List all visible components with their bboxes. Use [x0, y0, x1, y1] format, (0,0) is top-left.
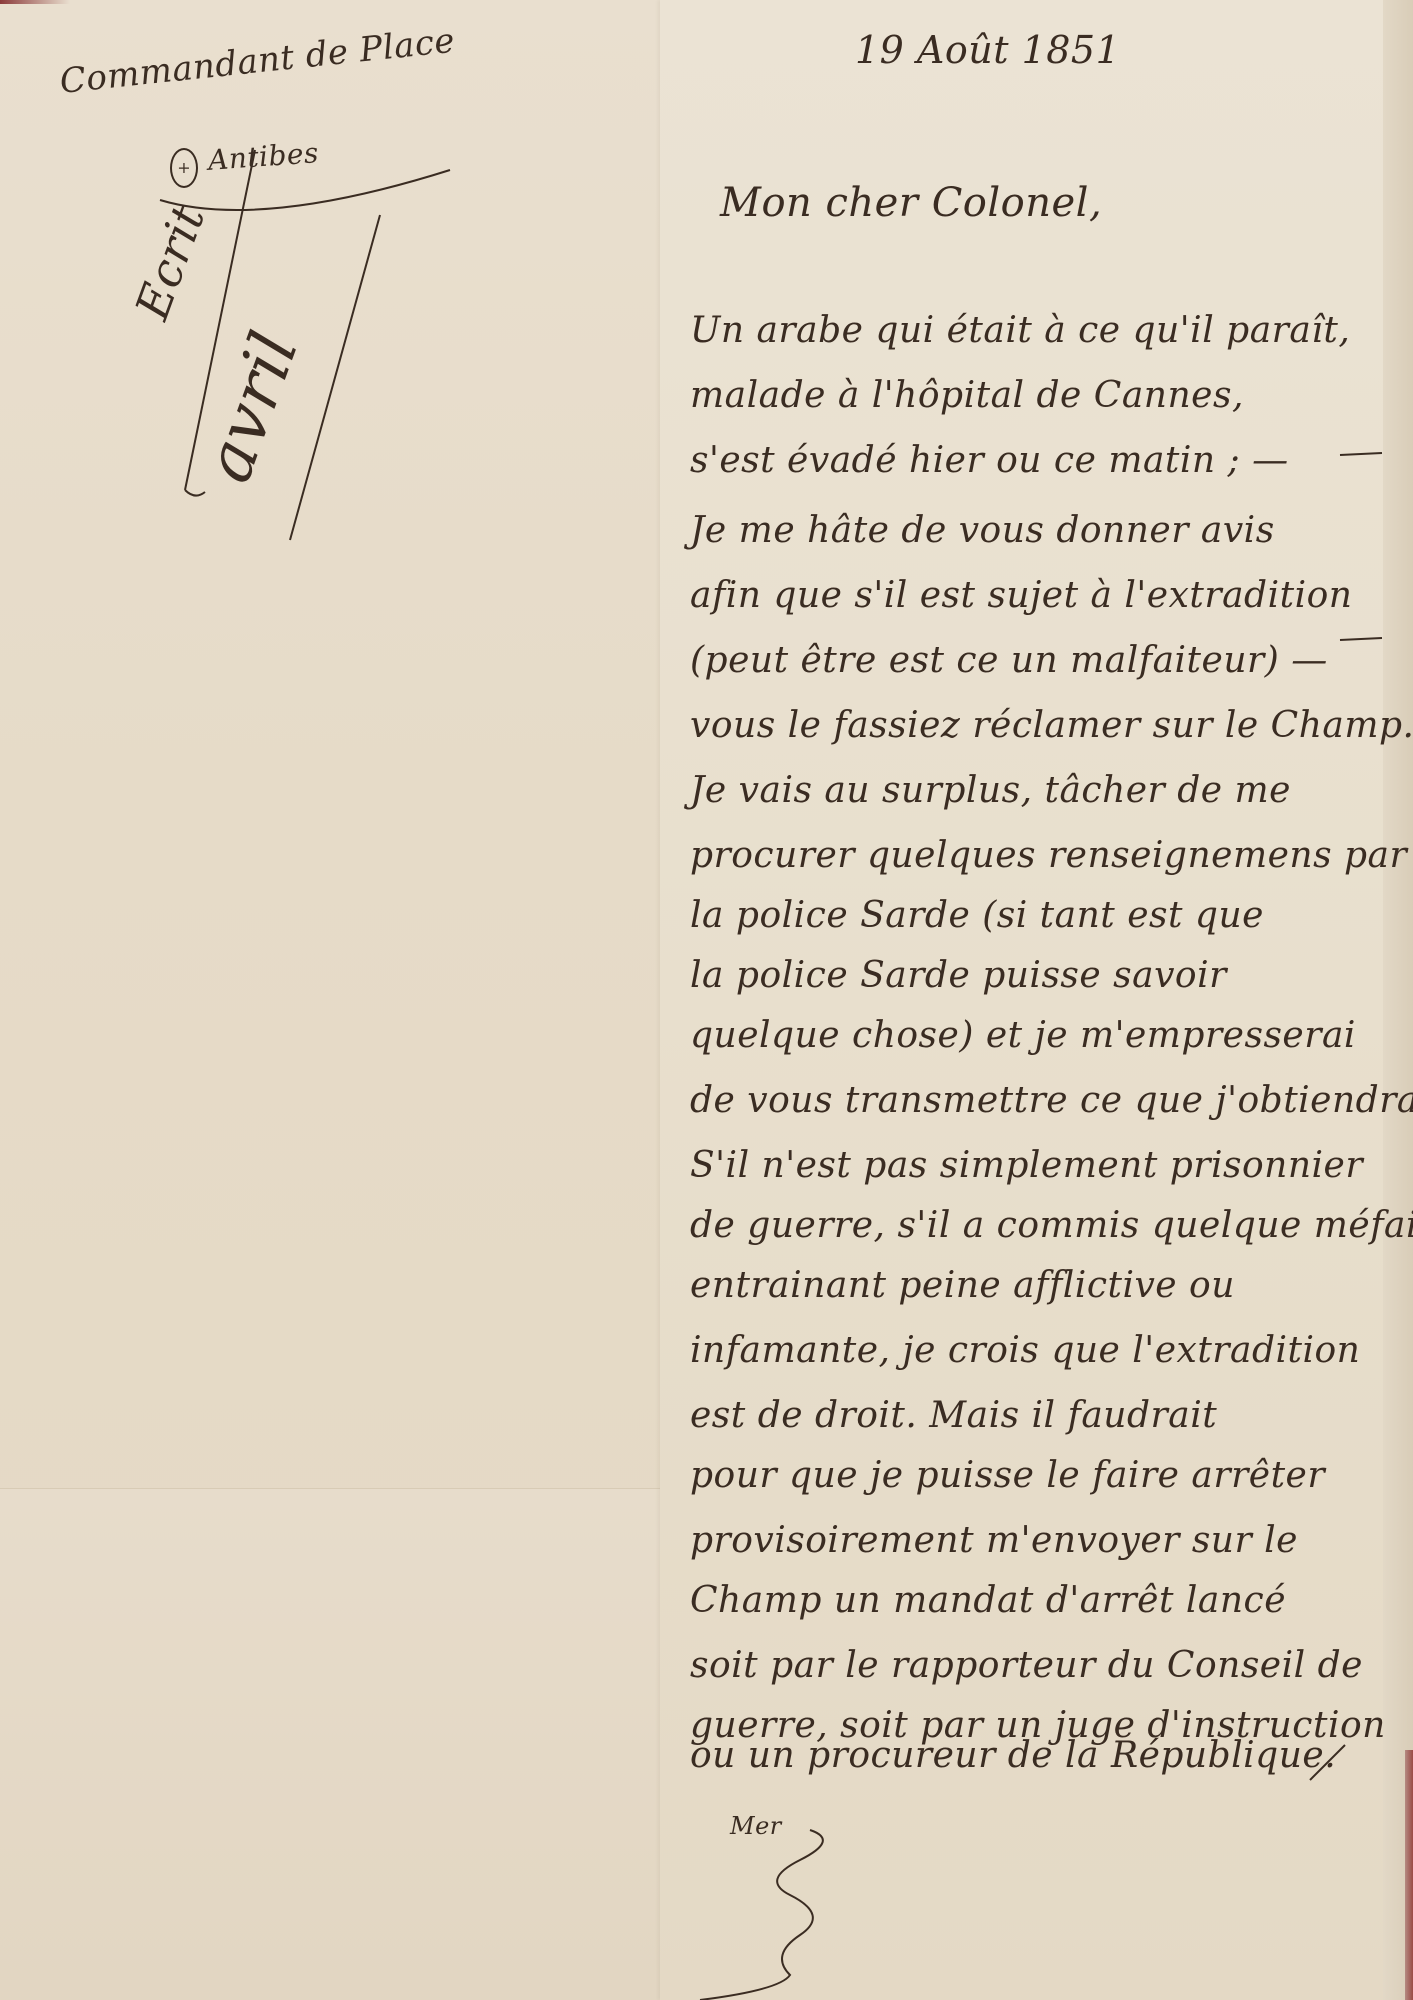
letter-line: vous le fassiez réclamer sur le Champ.: [690, 705, 1413, 746]
left-page-lower-fold: [0, 1488, 665, 2000]
circled-cross-mark-icon: +: [170, 148, 198, 188]
letter-line: de vous transmettre ce que j'obtiendrai.: [690, 1080, 1413, 1121]
letter-line: soit par le rapporteur du Conseil de: [690, 1645, 1363, 1686]
letter-line: de guerre, s'il a commis quelque méfait: [690, 1205, 1413, 1246]
red-binding-edge: [1405, 1750, 1413, 2000]
red-top-corner-mark: [0, 0, 70, 4]
letter-line: S'il n'est pas simplement prisonnier: [690, 1145, 1363, 1186]
letter-line: infamante, je crois que l'extradition: [690, 1330, 1360, 1371]
letter-line: Champ un mandat d'arrêt lancé: [690, 1580, 1286, 1621]
page-edge-strip: [1383, 0, 1413, 2000]
letter-line: provisoirement m'envoyer sur le: [690, 1520, 1298, 1561]
letter-line: entrainant peine afflictive ou: [690, 1265, 1235, 1306]
letter-salutation: Mon cher Colonel,: [720, 180, 1102, 226]
letter-line: s'est évadé hier ou ce matin ; —: [690, 440, 1289, 481]
letter-line: Un arabe qui était à ce qu'il paraît,: [690, 310, 1350, 351]
letter-line: Je me hâte de vous donner avis: [690, 510, 1275, 551]
letter-line: afin que s'il est sujet à l'extradition: [690, 575, 1352, 616]
letter-line: la police Sarde puisse savoir: [690, 955, 1227, 996]
letter-line: est de droit. Mais il faudrait: [690, 1395, 1217, 1436]
letter-line: la police Sarde (si tant est que: [690, 895, 1264, 936]
letter-line: (peut être est ce un malfaiteur) —: [690, 640, 1328, 681]
letter-line: procurer quelques renseignemens par: [690, 835, 1407, 876]
letter-line: pour que je puisse le faire arrêter: [690, 1455, 1325, 1496]
letter-line: ou un procureur de la République.: [690, 1735, 1336, 1776]
closing-signature: Mer: [730, 1812, 782, 1840]
letter-date: 19 Août 1851: [855, 28, 1120, 72]
letter-line: Je vais au surplus, tâcher de me: [690, 770, 1291, 811]
letter-line: malade à l'hôpital de Cannes,: [690, 375, 1244, 416]
letter-line: quelque chose) et je m'empresserai: [690, 1015, 1356, 1056]
right-page-background: [660, 0, 1395, 2000]
